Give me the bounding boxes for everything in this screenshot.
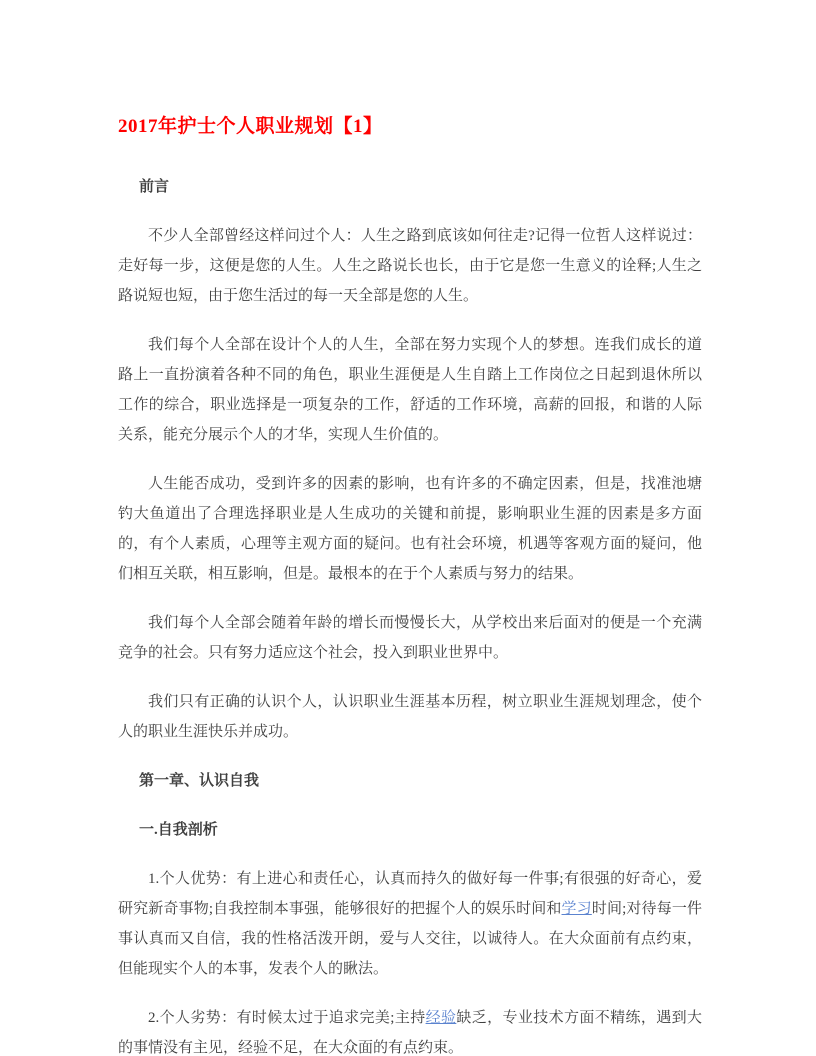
paragraph: 2.个人劣势：有时候太过于追求完美;主持经验缺乏，专业技术方面不精练，遇到大的事… <box>118 1003 702 1056</box>
section-heading: 第一章、认识自我 <box>118 766 702 796</box>
paragraph: 1.个人优势：有上进心和责任心，认真而持久的做好每一件事;有很强的好奇心，爱研究… <box>118 864 702 984</box>
document-title: 2017年护士个人职业规划【1】 <box>118 114 702 140</box>
paragraph: 不少人全部曾经这样问过个人：人生之路到底该如何往走?记得一位哲人这样说过：走好每… <box>118 221 702 311</box>
paragraph: 人生能否成功，受到许多的因素的影响，也有许多的不确定因素，但是，找准池塘钓大鱼道… <box>118 469 702 589</box>
document-body: 前言不少人全部曾经这样问过个人：人生之路到底该如何往走?记得一位哲人这样说过：走… <box>118 172 702 1056</box>
paragraph: 我们每个人全部会随着年龄的增长而慢慢长大，从学校出来后面对的便是一个充满竞争的社… <box>118 608 702 668</box>
paragraph: 我们只有正确的认识个人，认识职业生涯基本历程，树立职业生涯规划理念，使个人的职业… <box>118 687 702 747</box>
document-page: 2017年护士个人职业规划【1】 前言不少人全部曾经这样问过个人：人生之路到底该… <box>0 0 816 1056</box>
inline-link[interactable]: 学习 <box>562 901 592 917</box>
section-heading: 一.自我剖析 <box>118 815 702 845</box>
section-heading: 前言 <box>118 172 702 202</box>
paragraph: 我们每个人全部在设计个人的人生，全部在努力实现个人的梦想。连我们成长的道路上一直… <box>118 330 702 450</box>
inline-link[interactable]: 经验 <box>426 1010 457 1026</box>
